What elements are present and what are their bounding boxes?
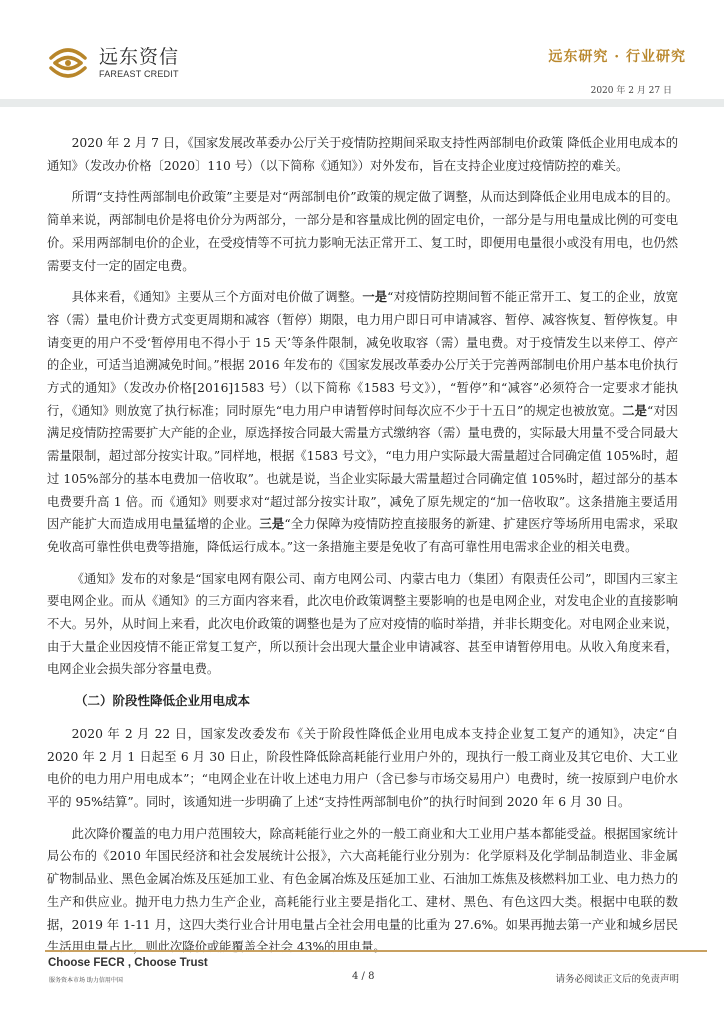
bold-marker-three: 三是: [259, 516, 284, 531]
paragraph-notice-intro: 2020 年 2 月 7 日，《国家发展改革委办公厅关于疫情防控期间采取支持性两…: [47, 132, 678, 177]
text-segment: “对因满足疫情防控需要扩大产能的企业，原选择按合同最大需量方式缴纳容（需）量电费…: [47, 404, 678, 532]
bold-marker-one: 一是: [362, 289, 387, 304]
disclaimer-note: 请务必阅读正文后的免责声明: [555, 971, 679, 985]
text-segment: “对疫情防控期间暂不能正常开工、复工的企业，放宽容（需）量电价计费方式变更周期和…: [47, 290, 678, 418]
section-heading: （二）阶段性降低企业用电成本: [75, 690, 678, 713]
footer-divider: [45, 950, 707, 952]
fareast-logo-icon: [45, 40, 91, 86]
bold-marker-two: 二是: [622, 403, 647, 418]
paragraph-grid-impact: 《通知》发布的对象是“国家电网有限公司、南方电网公司、内蒙古电力（集团）有限责任…: [47, 568, 678, 682]
text-segment: 具体来看，《通知》主要从三个方面对电价做了调整。: [72, 290, 363, 304]
paragraph-coverage: 此次降价覆盖的电力用户范围较大，除高耗能行业之外的一般工商业和大工业用户基本都能…: [47, 823, 678, 959]
paragraph-three-adjustments: 具体来看，《通知》主要从三个方面对电价做了调整。一是“对疫情防控期间暂不能正常开…: [47, 286, 678, 558]
footer-brand-slogan: Choose FECR , Choose Trust: [48, 957, 208, 969]
page-header: 远东资信 FAREAST CREDIT 远东研究 · 行业研究 2020 年 2…: [0, 0, 724, 110]
header-divider: [0, 99, 724, 107]
company-logo: 远东资信 FAREAST CREDIT: [45, 40, 179, 86]
page-number: 4 / 8: [352, 971, 374, 982]
document-body: 2020 年 2 月 7 日，《国家发展改革委办公厅关于疫情防控期间采取支持性两…: [47, 132, 678, 968]
report-category: 远东研究 · 行业研究: [548, 46, 686, 66]
paragraph-cost-reduction: 2020 年 2 月 22 日，国家发改委发布《关于阶段性降低企业用电成本支持企…: [47, 723, 678, 814]
paragraph-two-part-pricing: 所谓“支持性两部制电价政策”主要是对“两部制电价”政策的规定做了调整，从而达到降…: [47, 186, 678, 277]
footer-chinese-slogan: 服务资本市场 助力信用中国: [49, 975, 123, 984]
report-date: 2020 年 2 月 27 日: [591, 83, 672, 96]
logo-english-name: FAREAST CREDIT: [99, 68, 179, 80]
logo-chinese-name: 远东资信: [99, 46, 179, 68]
